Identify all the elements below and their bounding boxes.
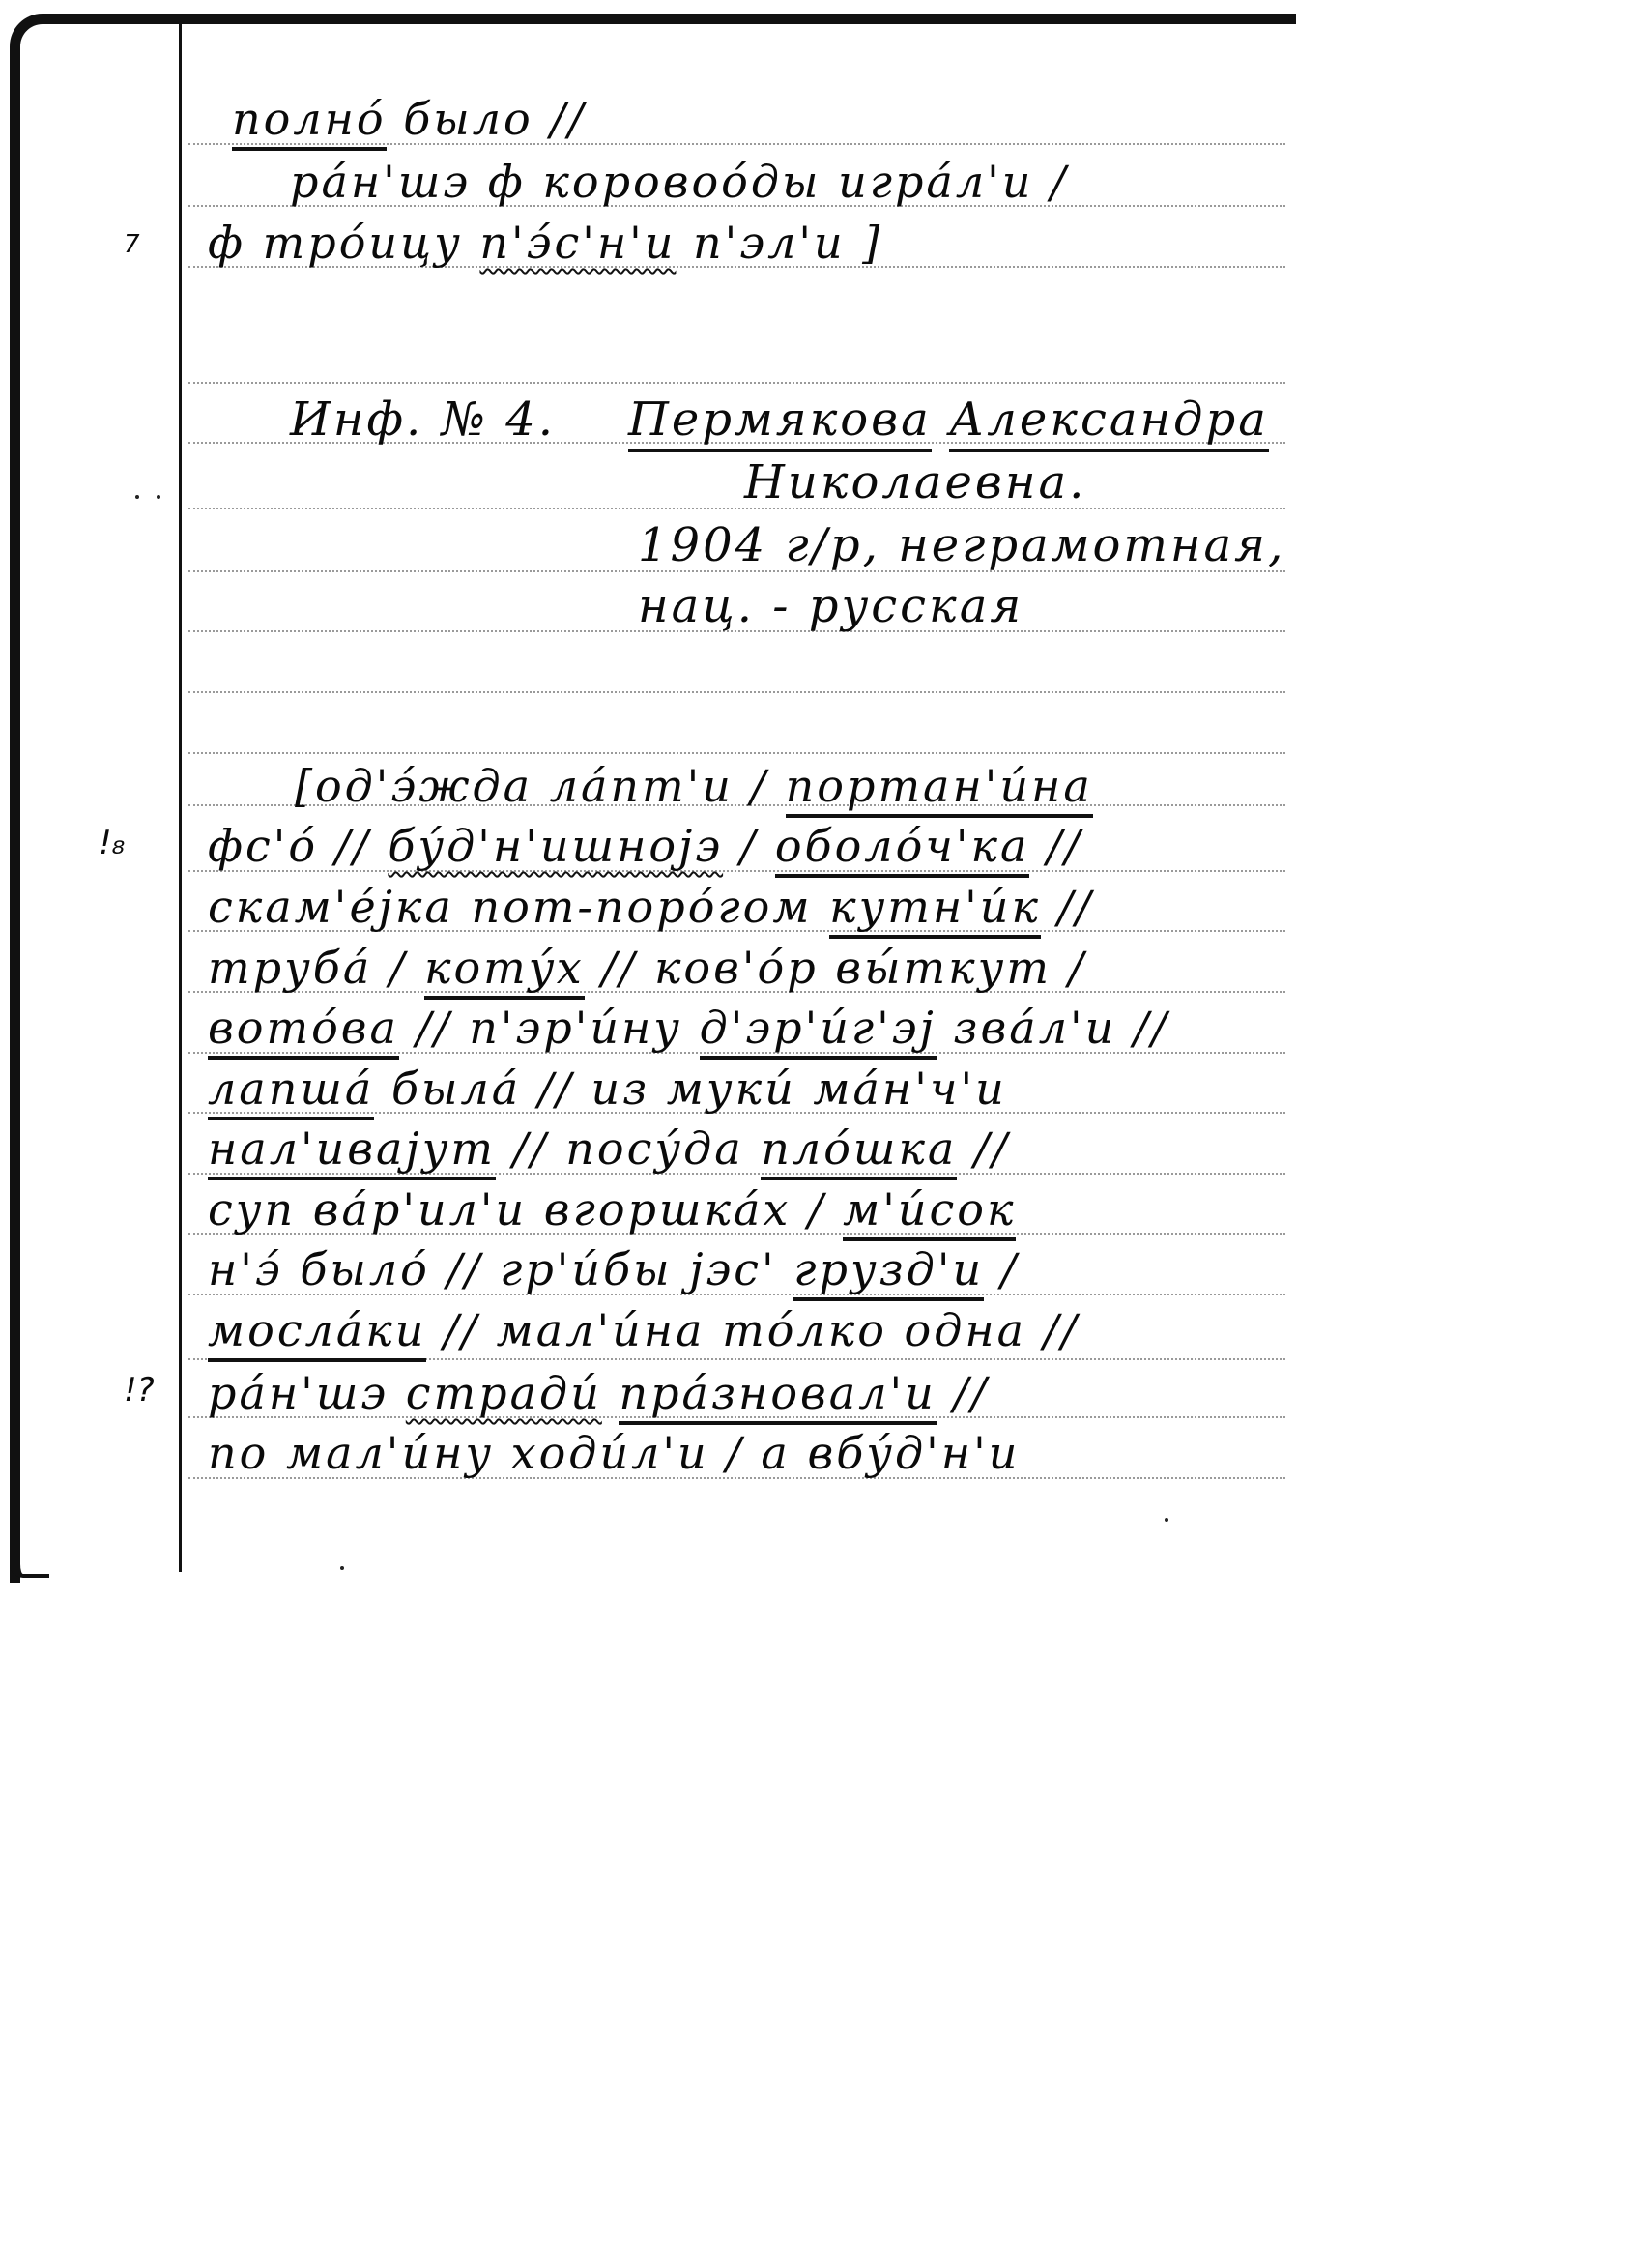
transcript-line: по мал'и́ну ходи́л'и / а вбу́д'н'и [208,1431,1020,1475]
margin-note: !? [124,1371,155,1410]
transcript-line: труба́ / котýх // ков'о́р вы́ткут / [208,945,1086,990]
margin-note: 7 [124,230,140,259]
informant-patronymic: Николаевна. [744,459,1086,506]
ruled-line [188,508,1285,509]
ruled-line [188,691,1285,693]
transcript-line: н'э́ было́ // гр'и́бы jэс' грузд'и / [208,1247,1019,1292]
transcript-line: суп ва́р'ил'и вгоршка́х / м'и́сок [208,1187,1016,1232]
notebook-corner [10,1558,49,1578]
transcript-line: мосла́ки // мал'и́на то́лко одна // [208,1308,1080,1352]
stray-mark [340,1566,344,1570]
transcript-line: скам'е́jка пот-поро́гом кутн'и́к // [208,885,1094,929]
text-line: полно́ было // [232,97,586,141]
notebook-top-edge [1256,14,1289,24]
transcript-line: ра́н'шэ стради́ пра́зновал'и // [208,1371,989,1415]
transcript-line: лапша́ была́ // из муки́ ма́н'ч'и [208,1066,1007,1111]
transcript-line: [од'э́жда ла́пт'и / портан'и́на [295,764,1093,808]
informant-label: Инф. № 4. [290,396,556,443]
text-line: ф тро́ицу п'э́с'н'и п'эл'и ] [208,220,882,265]
margin-rule [179,19,182,1572]
transcript-line: нал'иваjут // посу́да пло́шка // [208,1126,1010,1171]
informant-name: Пермякова Александра [628,396,1269,443]
ruled-line [188,752,1285,754]
informant-details: 1904 г/р, неграмотная, [638,522,1285,568]
transcript-line: вото́ва // п'эр'и́ну д'эр'и́г'эj зва́л'и… [208,1005,1169,1050]
ruled-line [188,382,1285,384]
margin-note: !₈ [99,824,125,862]
stray-mark [1165,1518,1168,1522]
stray-mark [157,495,160,499]
informant-nationality: нац. - русская [638,583,1023,629]
text-line: ра́н'шэ ф коровоо́ды игра́л'и / [290,160,1069,204]
stray-mark [135,495,139,499]
transcript-line: фс'о́ // бу́д'н'ишноjэ / оболо́ч'ка // [208,824,1082,868]
